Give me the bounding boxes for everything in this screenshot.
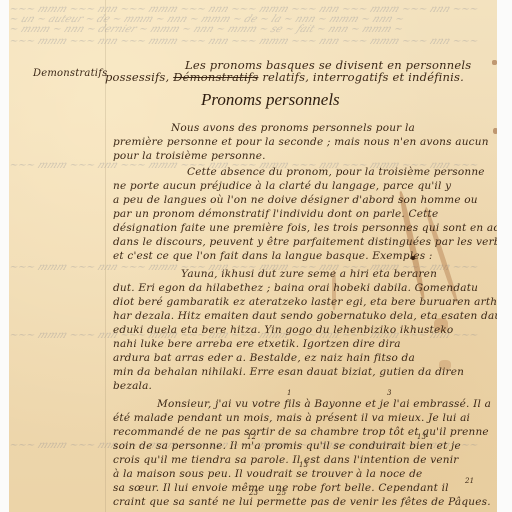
section-title: Pronoms personnels bbox=[201, 90, 340, 110]
intro-word-rest: relatifs, interrogatifs et indéfinis. bbox=[262, 70, 464, 84]
paragraph-line: soin de sa personne. Il m'a promis qu'il… bbox=[113, 440, 461, 452]
paragraph-line: eduki duela eta bere hitza. Yin gogo du … bbox=[113, 324, 453, 336]
paragraph-line: ardura bat arras eder a. Bestalde, ez na… bbox=[113, 352, 415, 364]
paragraph-line: craint que sa santé ne lui permette pas … bbox=[113, 496, 491, 508]
paragraph-line: bezala. bbox=[113, 380, 152, 392]
ink-stain bbox=[493, 128, 497, 134]
paragraph-line: recommandé de ne pas sortir de sa chambr… bbox=[113, 426, 489, 438]
paragraph-line: Nous avons des pronoms personnels pour l… bbox=[171, 122, 415, 134]
superscript-marker: 12 bbox=[247, 433, 256, 441]
paragraph-line: ne porte aucun préjudice à la clarté du … bbox=[113, 180, 451, 192]
paragraph-line: à la maison sous peu. Il voudrait se tro… bbox=[113, 468, 422, 480]
ink-stain bbox=[492, 60, 497, 65]
paragraph-line: Yauna, ikhusi dut zure seme a hiri eta b… bbox=[181, 268, 437, 280]
paragraph-line: Monsieur, j'ai vu votre fils à Bayonne e… bbox=[157, 398, 491, 410]
bleed-through-text: ~~~ mmm ~~~ nnn ~~~ mmm ~~~ nnn ~~~ mmm … bbox=[9, 36, 497, 50]
intro-word-struck: Démonstratifs bbox=[173, 70, 258, 84]
paragraph-line: par un pronom démonstratif l'individu do… bbox=[113, 208, 438, 220]
superscript-marker: 23 bbox=[249, 489, 258, 497]
paragraph-line: été malade pendant un mois, mais à prése… bbox=[113, 412, 470, 424]
superscript-marker: 21 bbox=[465, 477, 474, 485]
superscript-marker: 13 bbox=[417, 433, 426, 441]
paragraph-line: première personne et pour la seconde ; m… bbox=[113, 136, 489, 148]
ink-blot bbox=[411, 256, 415, 260]
superscript-marker: 1 bbox=[287, 389, 292, 397]
manuscript-page: ~~~ mmm ~~~ nnn ~~~ mmm ~~~ nnn ~~~ mmm … bbox=[9, 0, 497, 512]
paragraph-line: dut. Eri egon da hilabethez ; baina orai… bbox=[113, 282, 478, 294]
superscript-marker: 13 bbox=[299, 461, 308, 469]
paragraph-line: crois qu'il me tiendra sa parole. Il est… bbox=[113, 454, 458, 466]
superscript-marker: 25 bbox=[277, 489, 286, 497]
intro-word-possessifs: possessifs, bbox=[105, 70, 169, 84]
paragraph-line: et c'est ce que l'on fait dans la langue… bbox=[113, 250, 433, 262]
paragraph-line: nahi luke bere arreba ere etxetik. Igort… bbox=[113, 338, 401, 350]
paragraph-line: har dezala. Hitz emaiten daut sendo gobe… bbox=[113, 310, 497, 322]
paragraph-line: dans le discours, peuvent y être parfait… bbox=[113, 236, 497, 248]
intro-line-2: possessifs, Démonstratifs relatifs, inte… bbox=[105, 70, 464, 84]
paragraph-line: min da behalan nihilaki. Erre esan dauat… bbox=[113, 366, 464, 378]
margin-annotation: Demonstratifs bbox=[33, 68, 107, 79]
paragraph-line: diot beré gambaratik ez ateratzeko laste… bbox=[113, 296, 497, 308]
paragraph-line: désignation faite une première fois, les… bbox=[113, 222, 497, 234]
paragraph-line: pour la troisième personne. bbox=[113, 150, 266, 162]
superscript-marker: 3 bbox=[387, 389, 392, 397]
paragraph-line: a peu de langues où l'on ne doive désign… bbox=[113, 194, 478, 206]
paragraph-line: Cette absence du pronom, pour la troisiè… bbox=[187, 166, 485, 178]
